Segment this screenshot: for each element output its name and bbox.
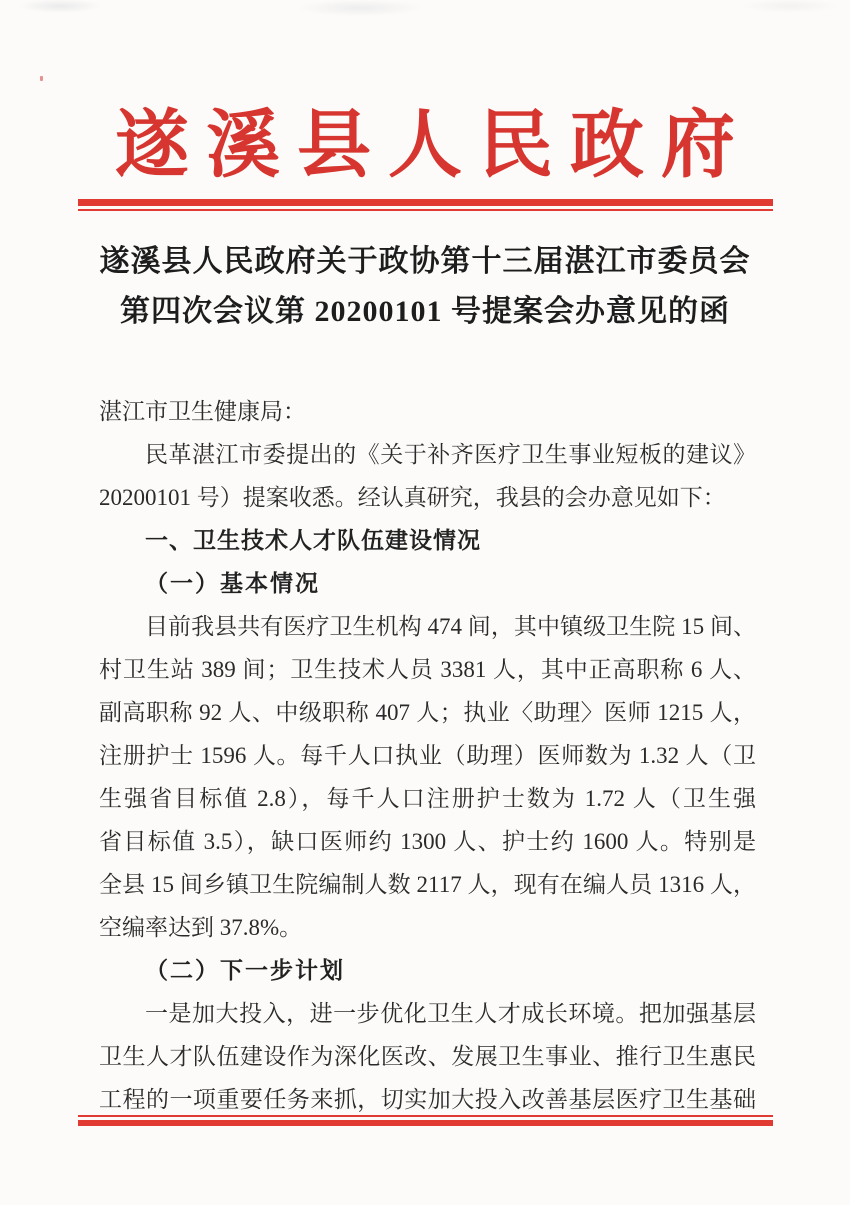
body-line: 20200101 号）提案收悉。经认真研究，我县的会办意见如下： — [99, 476, 756, 519]
body-line: 副高职称 92 人、中级职称 407 人；执业〈助理〉医师 1215 人， — [99, 691, 756, 734]
body-line: 卫生人才队伍建设作为深化医改、发展卫生事业、推行卫生惠民 — [99, 1035, 756, 1078]
document-title-line1: 遂溪县人民政府关于政协第十三届湛江市委员会 — [100, 245, 751, 278]
footer-divider-rule — [78, 1115, 773, 1126]
letterhead-divider-rule — [78, 199, 773, 211]
section-heading: 一、卫生技术人才队伍建设情况 — [99, 519, 756, 562]
body-line: 空编率达到 37.8%。 — [99, 906, 756, 949]
body-line: 生强省目标值 2.8），每千人口注册护士数为 1.72 人（卫生强 — [99, 777, 756, 820]
section-heading: （一）基本情况 — [99, 562, 756, 605]
scanned-document-page: 遂溪县人民政府 遂溪县人民政府关于政协第十三届湛江市委员会 第四次会议第 202… — [0, 0, 850, 1205]
scan-speck-artifact — [40, 76, 43, 81]
body-line: 目前我县共有医疗卫生机构 474 间，其中镇级卫生院 15 间、 — [99, 605, 756, 648]
document-body: 湛江市卫生健康局：民革湛江市委提出的《关于补齐医疗卫生事业短板的建议》（第202… — [99, 390, 756, 1121]
body-line: 全县 15 间乡镇卫生院编制人数 2117 人，现有在编人员 1316 人， — [99, 863, 756, 906]
body-line: 注册护士 1596 人。每千人口执业（助理）医师数为 1.32 人（卫 — [99, 734, 756, 777]
divider-thin-bar — [78, 209, 773, 211]
body-line: 湛江市卫生健康局： — [99, 390, 756, 433]
document-title: 遂溪县人民政府关于政协第十三届湛江市委员会 第四次会议第 20200101 号提… — [60, 237, 790, 337]
scan-noise-artifact — [0, 0, 850, 34]
divider-thick-bar — [78, 1120, 773, 1126]
body-line: 民革湛江市委提出的《关于补齐医疗卫生事业短板的建议》（第 — [99, 433, 756, 476]
document-title-line2: 第四次会议第 20200101 号提案会办意见的函 — [120, 295, 730, 328]
section-heading: （二）下一步计划 — [99, 949, 756, 992]
letterhead-org-name: 遂溪县人民政府 — [0, 102, 850, 190]
body-line: 一是加大投入，进一步优化卫生人才成长环境。把加强基层 — [99, 992, 756, 1035]
body-line: 省目标值 3.5），缺口医师约 1300 人、护士约 1600 人。特别是 — [99, 820, 756, 863]
body-line: 村卫生站 389 间；卫生技术人员 3381 人，其中正高职称 6 人、 — [99, 648, 756, 691]
divider-thick-bar — [78, 199, 773, 206]
